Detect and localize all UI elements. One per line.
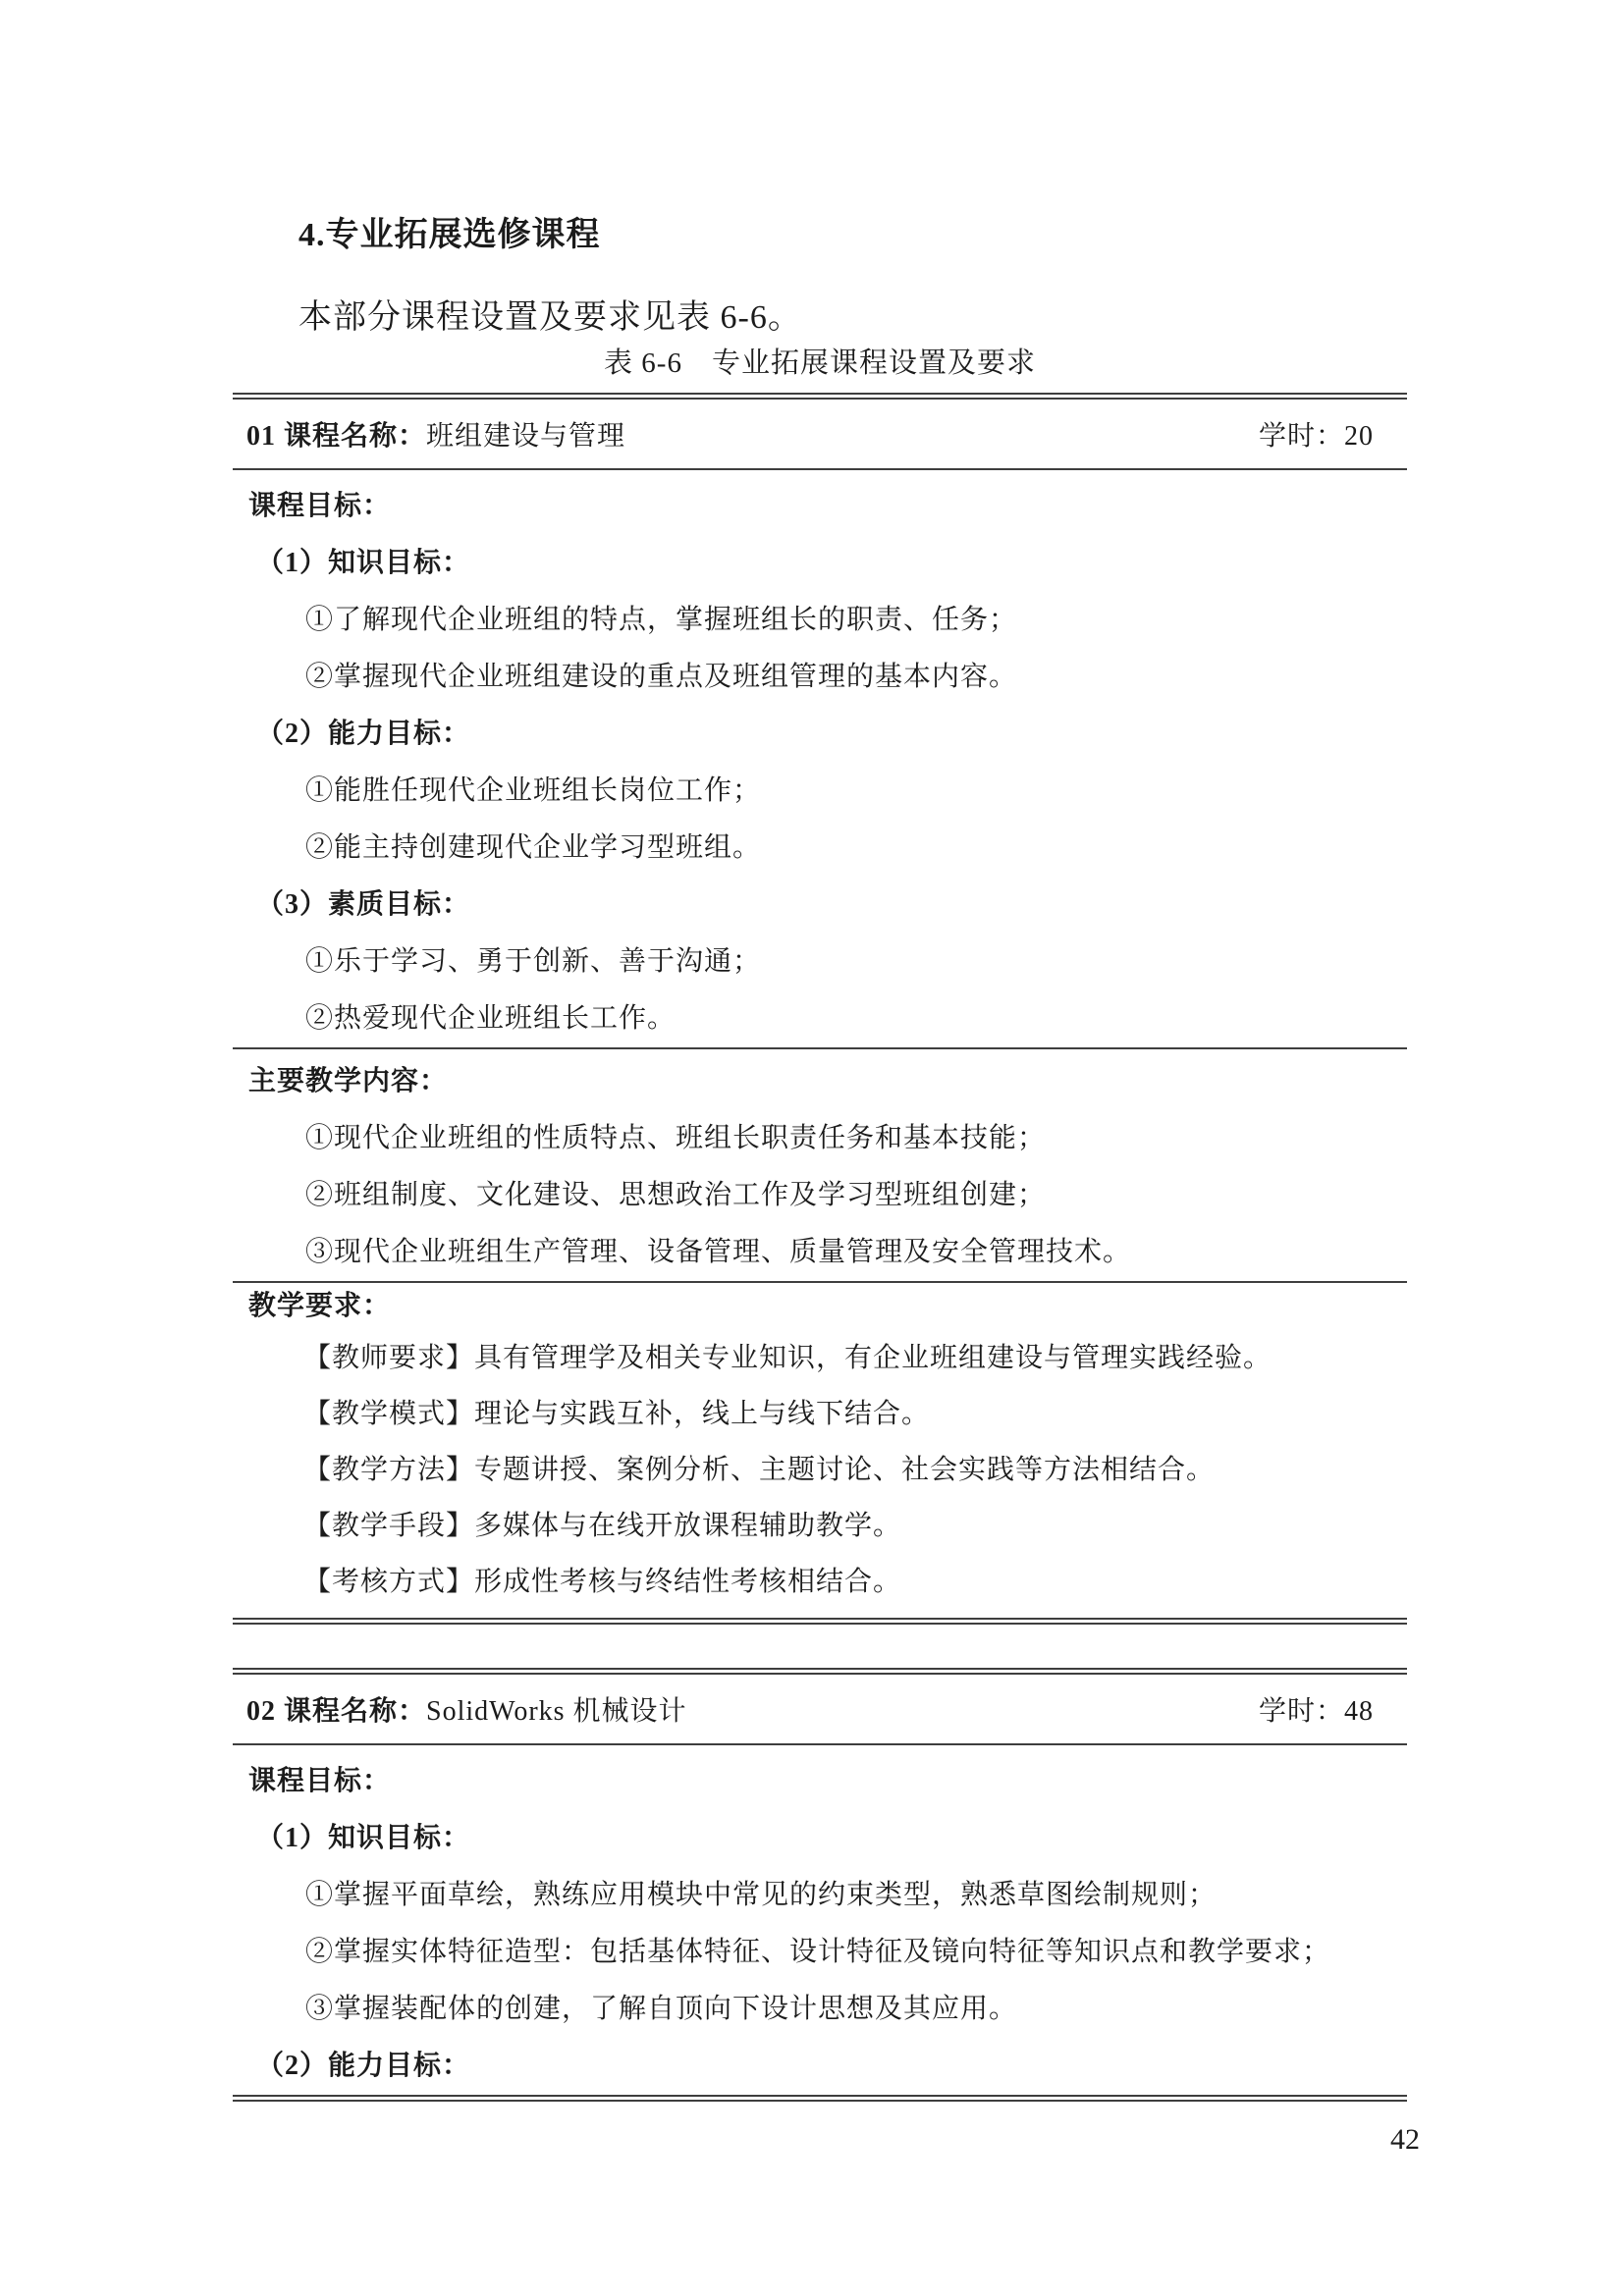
requirement-item: 【教学模式】理论与实践互补，线上与线下结合。	[233, 1386, 1407, 1442]
objective-item: ①掌握平面草绘，熟练应用模块中常见的约束类型，熟悉草图绘制规则；	[233, 1867, 1407, 1924]
document-page: 4.专业拓展选修课程 本部分课程设置及要求见表 6-6。 表 6-6 专业拓展课…	[0, 0, 1624, 2296]
course-hours: 学时：48	[1259, 1689, 1374, 1729]
requirement-item: 【教师要求】具有管理学及相关专业知识，有企业班组建设与管理实践经验。	[233, 1330, 1407, 1386]
document-header: 4.专业拓展选修课程 本部分课程设置及要求见表 6-6。 表 6-6 专业拓展课…	[233, 0, 1407, 383]
content-item: ③现代企业班组生产管理、设备管理、质量管理及安全管理技术。	[233, 1224, 1407, 1281]
course-title: 01 课程名称：班组建设与管理	[246, 414, 625, 454]
course-number-label: 01 课程名称：	[246, 421, 426, 452]
requirements-title: 教学要求：	[233, 1283, 1407, 1330]
course-block-01: 01 课程名称：班组建设与管理 学时：20 课程目标： （1）知识目标： ①了解…	[233, 393, 1407, 1625]
objective-item: ②掌握实体特征造型：包括基体特征、设计特征及镜向特征等知识点和教学要求；	[233, 1924, 1407, 1981]
teaching-content-section: 主要教学内容： ①现代企业班组的性质特点、班组长职责任务和基本技能； ②班组制度…	[233, 1049, 1407, 1281]
course-header-row: 02 课程名称：SolidWorks 机械设计 学时：48	[233, 1675, 1407, 1743]
ability-goals-title: （2）能力目标：	[233, 2038, 1407, 2095]
content-item: ①现代企业班组的性质特点、班组长职责任务和基本技能；	[233, 1110, 1407, 1167]
objective-item: ③掌握装配体的创建，了解自顶向下设计思想及其应用。	[233, 1981, 1407, 2038]
course-name: SolidWorks 机械设计	[426, 1696, 687, 1727]
table-bottom-divider	[233, 2095, 1407, 2102]
table-caption: 表 6-6 专业拓展课程设置及要求	[233, 344, 1407, 383]
objective-item: ①能胜任现代企业班组长岗位工作；	[233, 763, 1407, 820]
requirement-item: 【考核方式】形成性考核与终结性考核相结合。	[233, 1554, 1407, 1610]
course-name: 班组建设与管理	[426, 421, 625, 452]
teaching-requirements-section: 教学要求： 【教师要求】具有管理学及相关专业知识，有企业班组建设与管理实践经验。…	[233, 1283, 1407, 1618]
course-title: 02 课程名称：SolidWorks 机械设计	[246, 1689, 687, 1729]
table-bottom-divider	[233, 1618, 1407, 1625]
table-top-divider	[233, 1668, 1407, 1675]
objective-item: ②掌握现代企业班组建设的重点及班组管理的基本内容。	[233, 649, 1407, 706]
course-goals-section: 课程目标： （1）知识目标： ①掌握平面草绘，熟练应用模块中常见的约束类型，熟悉…	[233, 1745, 1407, 2095]
quality-goals-title: （3）素质目标：	[233, 877, 1407, 934]
ability-goals-title: （2）能力目标：	[233, 706, 1407, 763]
objective-item: ①了解现代企业班组的特点，掌握班组长的职责、任务；	[233, 592, 1407, 649]
requirement-item: 【教学方法】专题讲授、案例分析、主题讨论、社会实践等方法相结合。	[233, 1442, 1407, 1498]
page-number: 42	[1390, 2120, 1420, 2160]
content-title: 主要教学内容：	[233, 1053, 1407, 1110]
course-hours: 学时：20	[1259, 414, 1374, 454]
course-gap	[233, 1625, 1407, 1668]
goals-title: 课程目标：	[233, 478, 1407, 535]
goals-title: 课程目标：	[233, 1753, 1407, 1810]
requirement-item: 【教学手段】多媒体与在线开放课程辅助教学。	[233, 1498, 1407, 1554]
course-goals-section: 课程目标： （1）知识目标： ①了解现代企业班组的特点，掌握班组长的职责、任务；…	[233, 470, 1407, 1047]
knowledge-goals-title: （1）知识目标：	[233, 1810, 1407, 1867]
intro-paragraph: 本部分课程设置及要求见表 6-6。	[233, 294, 1407, 342]
table-top-divider	[233, 393, 1407, 400]
course-number-label: 02 课程名称：	[246, 1696, 426, 1727]
course-block-02: 02 课程名称：SolidWorks 机械设计 学时：48 课程目标： （1）知…	[233, 1668, 1407, 2102]
section-heading: 4.专业拓展选修课程	[233, 212, 1407, 259]
objective-item: ②热爱现代企业班组长工作。	[233, 990, 1407, 1047]
objective-item: ①乐于学习、勇于创新、善于沟通；	[233, 934, 1407, 990]
objective-item: ②能主持创建现代企业学习型班组。	[233, 820, 1407, 877]
course-header-row: 01 课程名称：班组建设与管理 学时：20	[233, 400, 1407, 468]
page-content: 4.专业拓展选修课程 本部分课程设置及要求见表 6-6。 表 6-6 专业拓展课…	[233, 0, 1407, 2102]
content-item: ②班组制度、文化建设、思想政治工作及学习型班组创建；	[233, 1167, 1407, 1224]
knowledge-goals-title: （1）知识目标：	[233, 535, 1407, 592]
